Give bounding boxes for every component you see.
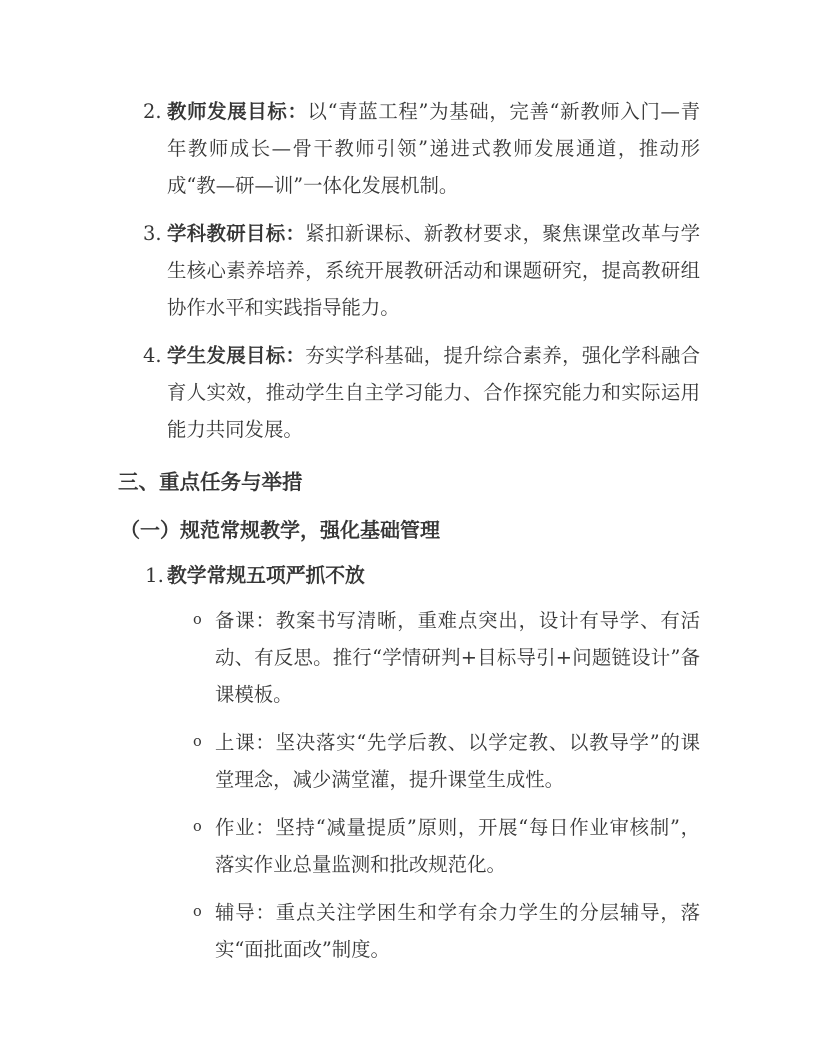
goal-paragraph: 学科教研目标：紧扣新课标、新教材要求，聚焦课堂改革与学生核心素养培养，系统开展教… [167, 215, 700, 326]
bullet-text: 坚持“减量提质”原则，开展“每日作业审核制”，落实作业总量监测和批改规范化。 [215, 816, 700, 876]
goal-item-student-development: 4. 学生发展目标：夯实学科基础，提升综合素养，强化学科融合育人实效，推动学生自… [143, 337, 700, 448]
goal-paragraph: 学生发展目标：夯实学科基础，提升综合素养，强化学科融合育人实效，推动学生自主学习… [167, 337, 700, 448]
document-page: 2. 教师发展目标：以“青蓝工程”为基础，完善“新教师入门—青年教师成长—骨干教… [0, 0, 816, 1056]
goal-item-subject-research: 3. 学科教研目标：紧扣新课标、新教材要求，聚焦课堂改革与学生核心素养培养，系统… [143, 215, 700, 326]
task-title: 教学常规五项严抓不放 [167, 557, 365, 594]
goal-label: 教师发展目标： [167, 100, 308, 123]
bullet-label: 上课： [215, 731, 276, 754]
list-number: 1. [145, 557, 167, 594]
bullet-paragraph: 备课：教案书写清晰，重难点突出，设计有导学、有活动、有反思。推行“学情研判+目标… [215, 602, 700, 713]
bullet-item-teaching: o 上课：坚决落实“先学后教、以学定教、以教导学”的课堂理念，减少满堂灌，提升课… [193, 724, 700, 798]
bullet-text: 教案书写清晰，重难点突出，设计有导学、有活动、有反思。推行“学情研判+目标导引+… [215, 609, 700, 706]
bullet-item-lesson-prep: o 备课：教案书写清晰，重难点突出，设计有导学、有活动、有反思。推行“学情研判+… [193, 602, 700, 713]
bullet-item-homework: o 作业：坚持“减量提质”原则，开展“每日作业审核制”，落实作业总量监测和批改规… [193, 809, 700, 883]
list-number: 2. [143, 93, 167, 204]
list-number: 3. [143, 215, 167, 326]
section-heading: 三、重点任务与举措 [118, 464, 816, 501]
bullet-paragraph: 辅导：重点关注学困生和学有余力学生的分层辅导，落实“面批面改”制度。 [215, 894, 700, 968]
subsection-heading: （一）规范常规教学，强化基础管理 [120, 512, 816, 549]
bullet-text: 坚决落实“先学后教、以学定教、以教导学”的课堂理念，减少满堂灌，提升课堂生成性。 [215, 731, 700, 791]
goal-item-teacher-development: 2. 教师发展目标：以“青蓝工程”为基础，完善“新教师入门—青年教师成长—骨干教… [143, 93, 700, 204]
goal-paragraph: 教师发展目标：以“青蓝工程”为基础，完善“新教师入门—青年教师成长—骨干教师引领… [167, 93, 700, 204]
circle-bullet-icon: o [193, 724, 215, 798]
bullet-paragraph: 作业：坚持“减量提质”原则，开展“每日作业审核制”，落实作业总量监测和批改规范化… [215, 809, 700, 883]
circle-bullet-icon: o [193, 894, 215, 968]
circle-bullet-icon: o [193, 809, 215, 883]
list-number: 4. [143, 337, 167, 448]
circle-bullet-icon: o [193, 602, 215, 713]
goal-label: 学生发展目标： [167, 344, 305, 367]
bullet-label: 作业： [215, 816, 275, 839]
bullet-paragraph: 上课：坚决落实“先学后教、以学定教、以教导学”的课堂理念，减少满堂灌，提升课堂生… [215, 724, 700, 798]
goal-label: 学科教研目标： [167, 222, 305, 245]
task-item: 1. 教学常规五项严抓不放 [145, 557, 816, 594]
bullet-label: 备课： [215, 609, 276, 632]
bullet-item-tutoring: o 辅导：重点关注学困生和学有余力学生的分层辅导，落实“面批面改”制度。 [193, 894, 700, 968]
bullet-text: 重点关注学困生和学有余力学生的分层辅导，落实“面批面改”制度。 [215, 901, 700, 961]
bullet-label: 辅导： [215, 901, 276, 924]
